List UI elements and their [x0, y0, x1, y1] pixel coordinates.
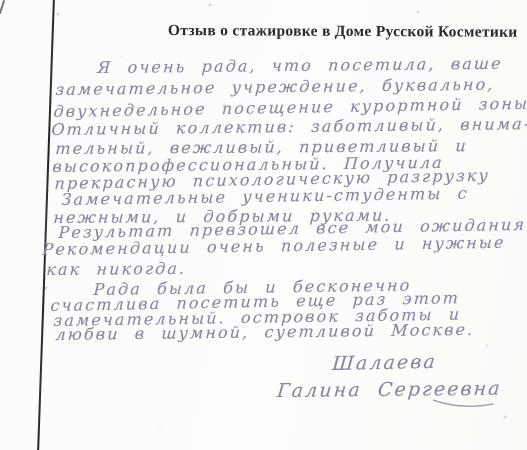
handwritten-line: как никогда.: [46, 260, 187, 279]
signature-flourish: [433, 395, 495, 411]
page-title: Отзыв о стажировке в Доме Русской Космет…: [168, 22, 518, 42]
scanned-review-page: Отзыв о стажировке в Доме Русской Космет…: [0, 0, 527, 450]
signature-surname: Шалаева: [331, 353, 437, 373]
handwritten-line: любви в шумной, суетливой Москве.: [55, 321, 475, 344]
handwritten-line: Я очень рада, что посетила, ваше: [97, 55, 503, 77]
scan-corner-artifact: [0, 0, 5, 14]
handwritten-line: Замечательные ученики-студенты с: [61, 185, 469, 209]
